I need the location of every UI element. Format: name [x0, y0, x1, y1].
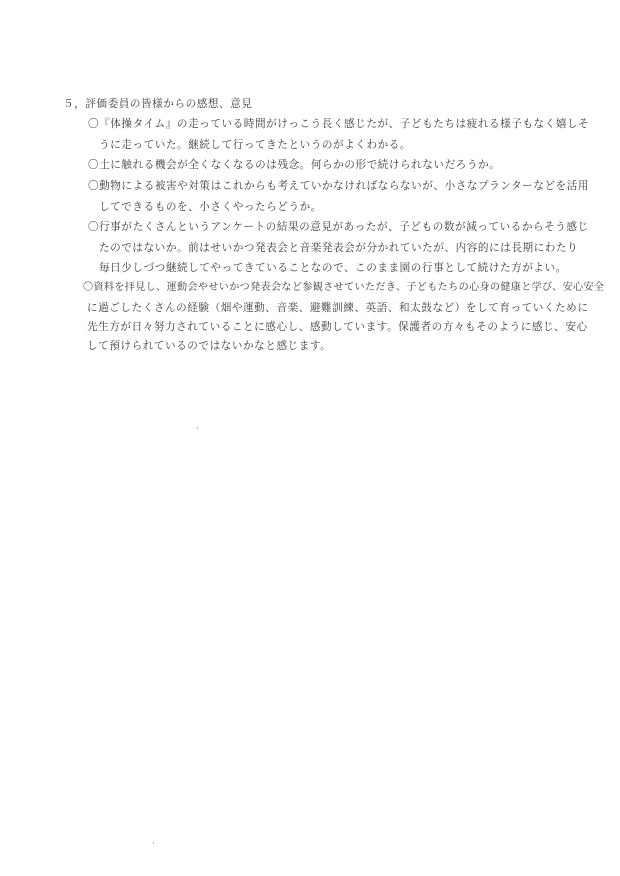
- comment-1-line-1: 〇『体操タイム』の走っている時間がけっこう長く感じたが、子どもたちは疲れる様子も…: [88, 117, 589, 131]
- comment-5-line-3: 先生方が日々努力されていることに感心し、感動しています。保護者の方々もそのように…: [87, 320, 588, 334]
- comment-3-line-2: してできるものを、小さくやったらどうか。: [99, 200, 322, 214]
- comment-5-line-4: して預けられているのではないかなと感じます。: [87, 339, 331, 353]
- comment-3-line-1: 〇動物による被害や対策はこれからも考えていかなければならないが、小さなプランター…: [88, 179, 589, 193]
- comment-2-line-1: 〇土に触れる機会が全くなくなるのは残念。何らかの形で続けられないだろうか。: [88, 158, 500, 172]
- scan-speck: [153, 842, 154, 844]
- comment-4-line-1: 〇行事がたくさんというアンケートの結果の意見があったが、子どもの数が減っているか…: [88, 220, 589, 234]
- comment-5-line-2: に過ごしたくさんの経験（畑や運動、音楽、避難訓練、英語、和太鼓など）をして育って…: [87, 301, 588, 315]
- scan-speck: [197, 427, 198, 429]
- comment-1-line-2: うに走っていた。継続して行ってきたというのがよくわかる。: [99, 138, 411, 152]
- comment-5-line-1: 〇資料を拝見し、運動会やせいかつ発表会など参観させていただき、子どもたちの心身の…: [83, 281, 604, 295]
- document-page: ５，評価委員の皆様からの感想、意見 〇『体操タイム』の走っている時間がけっこう長…: [0, 0, 620, 876]
- comment-4-line-2: たのではないか。前はせいかつ発表会と音楽発表会が分かれていたが、内容的には長期に…: [99, 241, 578, 255]
- comment-4-line-3: 毎日少しづつ継続してやってきていることなので、このまま園の行事として続けた方がよ…: [99, 261, 567, 275]
- section-heading: ５，評価委員の皆様からの感想、意見: [63, 97, 252, 111]
